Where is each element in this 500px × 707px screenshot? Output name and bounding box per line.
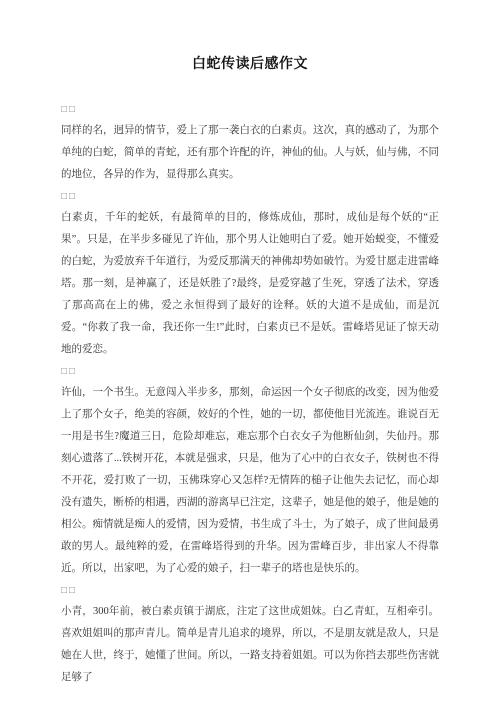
paragraph-text: 白素贞，千年的蛇妖，有最简单的目的，修炼成仙，那时，成仙是每个妖的“正果”。只是… [61,207,439,361]
paragraph-marker: □□ [61,584,439,598]
page-title: 白蛇传读后感作文 [61,56,439,74]
paragraph-text: 小青，300年前，被白素贞镇于湖底，注定了这世成姐妹。白乙青虹，互相牵引。喜欢姐… [61,601,439,689]
paragraph-marker: □□ [61,190,439,204]
content-section: □□ 小青，300年前，被白素贞镇于湖底，注定了这世成姐妹。白乙青虹，互相牵引。… [61,584,439,689]
paragraph-marker: □□ [61,365,439,379]
paragraph-marker: □□ [61,103,439,117]
content-section: □□ 白素贞，千年的蛇妖，有最简单的目的，修炼成仙，那时，成仙是每个妖的“正果”… [61,190,439,361]
paragraph-text: 同样的名，迥异的情节，爱上了那一袭白衣的白素贞。这次，真的感动了，为那个单纯的白… [61,120,439,186]
document-page: 白蛇传读后感作文 □□ 同样的名，迥异的情节，爱上了那一袭白衣的白素贞。这次，真… [0,0,500,707]
paragraph-text: 许仙，一个书生。无意闯入半步多，那刻，命运因一个女子彻底的改变，因为他爱上了那个… [61,382,439,580]
content-section: □□ 许仙，一个书生。无意闯入半步多，那刻，命运因一个女子彻底的改变，因为他爱上… [61,365,439,580]
content-section: □□ 同样的名，迥异的情节，爱上了那一袭白衣的白素贞。这次，真的感动了，为那个单… [61,103,439,186]
